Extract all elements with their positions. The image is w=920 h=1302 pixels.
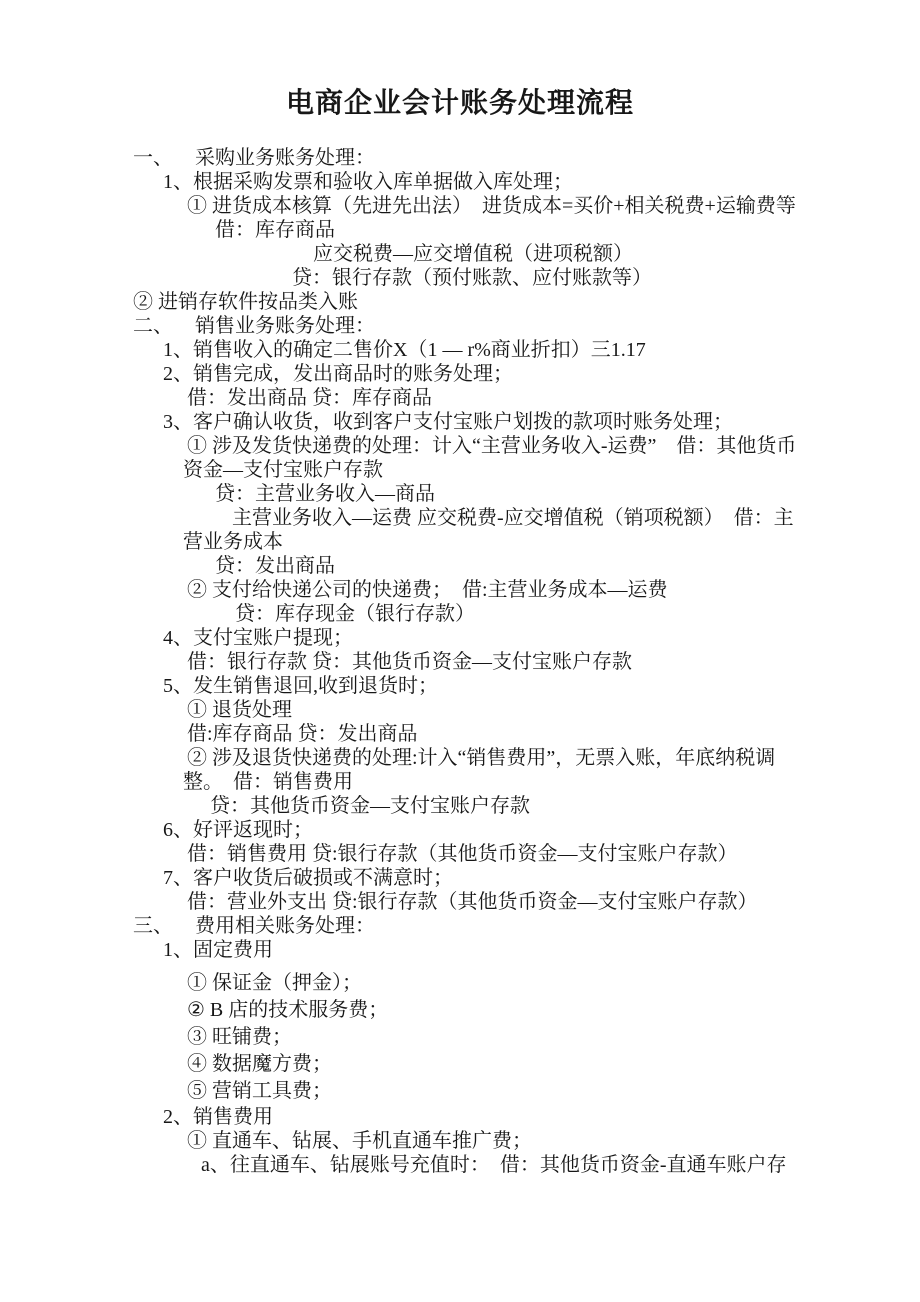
- doc-line: ⑤ 营销工具费；: [187, 1078, 920, 1105]
- doc-line: 1、固定费用: [163, 938, 920, 962]
- doc-line: ① 涉及发货快递费的处理：计入“主营业务收入-运费” 借：其他货币: [187, 434, 920, 458]
- doc-line: 2、销售完成，发出商品时的账务处理；: [163, 362, 920, 386]
- doc-line: 资金—支付宝账户存款: [183, 458, 920, 482]
- doc-line: ② 支付给快递公司的快递费； 借:主营业务成本—运费: [187, 578, 920, 602]
- doc-line: 借：库存商品: [215, 218, 920, 242]
- doc-line: ① 保证金（押金）；: [187, 970, 920, 997]
- section-title: 销售业务账务处理：: [195, 315, 375, 337]
- doc-line: 借：营业外支出 贷:银行存款（其他货币资金—支付宝账户存款）: [187, 890, 920, 914]
- doc-line: 7、客户收货后破损或不满意时；: [163, 866, 920, 890]
- doc-line: a、往直通车、钻展账号充值时： 借：其他货币资金-直通车账户存: [201, 1153, 920, 1177]
- section-title: 费用相关账务处理：: [195, 915, 375, 937]
- doc-line: 整。 借：销售费用: [183, 770, 920, 794]
- doc-line: ② B 店的技术服务费；: [187, 997, 920, 1024]
- doc-line: 4、支付宝账户提现；: [163, 626, 920, 650]
- doc-line: ② 进销存软件按品类入账: [133, 290, 920, 314]
- doc-line: 借:库存商品 贷：发出商品: [187, 722, 920, 746]
- section-title: 采购业务账务处理：: [195, 147, 375, 169]
- doc-line: 三、费用相关账务处理：: [133, 914, 920, 938]
- doc-line: 借：销售费用 贷:银行存款（其他货币资金—支付宝账户存款）: [187, 842, 920, 866]
- doc-line: ③ 旺铺费；: [187, 1024, 920, 1051]
- doc-line: 1、根据采购发票和验收入库单据做入库处理；: [163, 170, 920, 194]
- doc-line: 贷：其他货币资金—支付宝账户存款: [210, 794, 920, 818]
- doc-line: 贷：银行存款（预付账款、应付账款等）: [292, 266, 920, 290]
- doc-line: 5、发生销售退回,收到退货时；: [163, 674, 920, 698]
- doc-line: 借：发出商品 贷：库存商品: [187, 386, 920, 410]
- doc-line: 1、销售收入的确定二售价X（1 — r%商业折扣）三1.17: [163, 338, 920, 362]
- doc-line: 贷：主营业务收入—商品: [215, 482, 920, 506]
- doc-line: 贷：库存现金（银行存款）: [235, 602, 920, 626]
- doc-line: 二、销售业务账务处理：: [133, 314, 920, 338]
- doc-line: ① 退货处理: [187, 698, 920, 722]
- doc-line: 贷：发出商品: [215, 554, 920, 578]
- doc-line: 主营业务收入—运费 应交税费-应交增值税（销项税额） 借：主: [232, 506, 920, 530]
- document-page: 电商企业会计账务处理流程 一、采购业务账务处理：1、根据采购发票和验收入库单据做…: [0, 0, 920, 1302]
- document-body: 一、采购业务账务处理：1、根据采购发票和验收入库单据做入库处理；① 进货成本核算…: [0, 146, 920, 1177]
- document-title: 电商企业会计账务处理流程: [0, 0, 920, 120]
- doc-line: 应交税费—应交增值税（进项税额）: [313, 242, 920, 266]
- doc-line: ① 进货成本核算（先进先出法） 进货成本=买价+相关税费+运输费等: [187, 194, 920, 218]
- doc-line: 一、采购业务账务处理：: [133, 146, 920, 170]
- doc-line: 营业务成本: [183, 530, 920, 554]
- doc-line: 6、好评返现时；: [163, 818, 920, 842]
- section-number: 二、: [133, 314, 195, 338]
- section-number: 一、: [133, 146, 195, 170]
- doc-line: ④ 数据魔方费；: [187, 1051, 920, 1078]
- doc-line: ① 直通车、钻展、手机直通车推广费；: [187, 1129, 920, 1153]
- doc-line: ② 涉及退货快递费的处理:计入“销售费用”，无票入账，年底纳税调: [187, 746, 920, 770]
- doc-line: 3、客户确认收货，收到客户支付宝账户划拨的款项时账务处理；: [163, 410, 920, 434]
- doc-line: 2、销售费用: [163, 1105, 920, 1129]
- section-number: 三、: [133, 914, 195, 938]
- doc-line: 借：银行存款 贷：其他货币资金—支付宝账户存款: [187, 650, 920, 674]
